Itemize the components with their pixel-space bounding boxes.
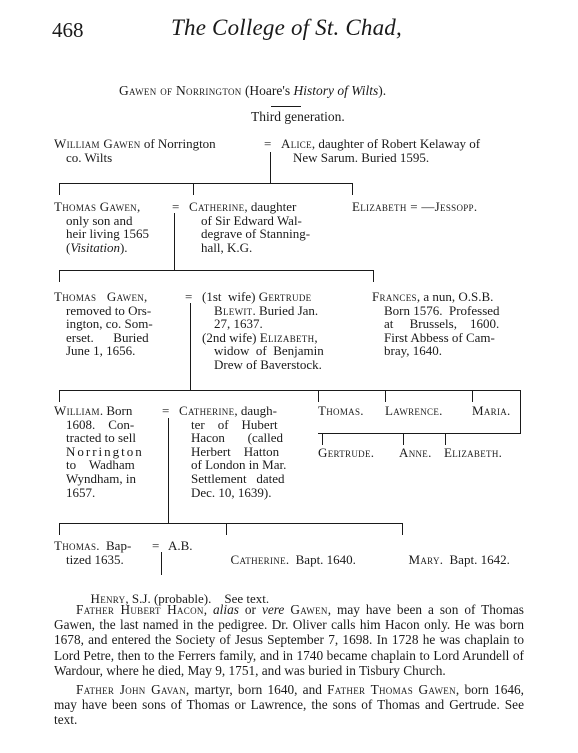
paragraph-hubert-hacon: Father Hubert Hacon, alias or vere Gawen… xyxy=(54,602,524,678)
gen1-husband-name: William Gawen xyxy=(54,136,141,151)
gen5-husband-desc: . Bap- xyxy=(96,538,131,553)
gen4-wife-line: of London in Mar. xyxy=(179,458,286,472)
gen3-husband-line: June 1, 1656. xyxy=(54,344,153,358)
source-work: History of Wilts xyxy=(293,83,378,98)
gen2-sibling: Elizabeth = —Jessopp. xyxy=(352,200,477,214)
gen2-tick-thomas xyxy=(59,183,60,195)
gen4-sibling-elizabeth: Elizabeth. xyxy=(444,446,502,460)
running-title: The College of St. Chad, xyxy=(171,15,402,41)
gen4-sibling-lawrence: Lawrence. xyxy=(385,404,443,418)
gen3-wife1-date: 27, 1637. xyxy=(202,317,324,331)
body-text: Father Hubert Hacon, alias or vere Gawen… xyxy=(54,602,524,728)
gen1-wife-name: Alice xyxy=(281,136,312,151)
gen3-wife2-line: Drew of Baverstock. xyxy=(202,358,324,372)
gen5-husband-baptism: tized 1635. xyxy=(54,553,131,567)
gen4-husband-desc: . Born xyxy=(100,403,133,418)
gen2-sibling-bar xyxy=(59,183,313,184)
name-hubert-hacon: Father Hubert Hacon xyxy=(76,602,204,617)
gen4-sibling-thomas: Thomas. xyxy=(318,404,364,418)
gen4-husband-line: to Wadham xyxy=(54,458,144,472)
gen4-tick-anne xyxy=(403,433,404,445)
gen5-sibling-catherine: Catherine. Bapt. 1640. xyxy=(224,539,356,567)
gen3-husband-line: ington, co. Som- xyxy=(54,317,153,331)
gen4-lower-sibling-bar xyxy=(318,433,520,434)
family-name: Gawen of Norrington xyxy=(119,83,242,98)
gen2-husband-line: heir living 1565 xyxy=(54,227,149,241)
gen5-tick-catherine xyxy=(226,523,227,535)
gen4-wife: Catherine, daugh- ter of Hubert Hacon (c… xyxy=(179,404,286,499)
gen4-husband-line: tracted to sell xyxy=(54,431,144,445)
vere-word: vere xyxy=(262,602,284,617)
gen4-sibling-anne: Anne. xyxy=(399,446,432,460)
gen3-wives: (1st wife) Gertrude Blewit. Buried Jan. … xyxy=(202,290,324,372)
gen3-sibling-line: at Brussels, 1600. xyxy=(372,317,500,331)
gen5-sibling2-name: Mary xyxy=(409,552,440,567)
gen4-tick-thomas xyxy=(318,390,319,402)
name-gawen: Gawen xyxy=(290,602,327,617)
gen3-marriage-sign: = xyxy=(185,290,192,304)
gen5-sibling1-note: . Bapt. 1640. xyxy=(286,552,356,567)
gen3-wife2-line: widow of Benjamin xyxy=(202,344,324,358)
gen1-husband-desc: of Norrington xyxy=(141,136,216,151)
gen4-husband-line: Wyndham, in xyxy=(54,472,144,486)
name-thomas-gawen: Father Thomas Gawen xyxy=(327,682,456,697)
alias-word: alias xyxy=(213,602,239,617)
gen5-sibling1-name: Catherine xyxy=(231,552,286,567)
gen4-wife-line: Dec. 10, 1639). xyxy=(179,486,286,500)
gen4-wife-line: Herbert Hatton xyxy=(179,445,286,459)
gen4-wife-line: Hacon (called xyxy=(179,431,286,445)
gen5-descent-line xyxy=(161,552,162,575)
or-word: or xyxy=(239,602,262,617)
gen4-husband-line: Norrington xyxy=(54,445,144,459)
gen5-tick-mary xyxy=(402,523,403,535)
gen5-sibling-mary: Mary. Bapt. 1642. xyxy=(402,539,510,567)
gen1-wife-desc: , daughter of Robert Kelaway of xyxy=(312,136,480,151)
gen3-sibling-line: First Abbess of Cam- xyxy=(372,331,500,345)
gen4-tick-lawrence xyxy=(385,390,386,402)
gen4-marriage-sign: = xyxy=(162,404,169,418)
gen5-husband: Thomas. Bap- tized 1635. xyxy=(54,539,131,566)
generation-label: Third generation. xyxy=(251,110,345,124)
gen2-descent-line xyxy=(174,213,175,270)
paragraph2-mid: , martyr, born 1640, and xyxy=(186,682,327,697)
gen2-husband-visitation: (Visitation). xyxy=(54,241,149,255)
gen3-descent-line xyxy=(190,303,191,391)
gen5-sibling-bar xyxy=(59,523,402,524)
gen3-husband-line: erset. Buried xyxy=(54,331,153,345)
gen4-wife-desc: , daugh- xyxy=(234,403,277,418)
gen2-wife: Catherine, daughter of Sir Edward Wal- d… xyxy=(189,200,310,254)
gen3-sibling-line: Born 1576. Professed xyxy=(372,304,500,318)
pedigree-title: Gawen of Norrington (Hoare's History of … xyxy=(119,84,386,98)
source-author: (Hoare's xyxy=(245,83,294,98)
gen2-husband: Thomas Gawen, only son and heir living 1… xyxy=(54,200,149,254)
visitation-ref: Visitation xyxy=(70,240,120,255)
gen2-wife-line: hall, K.G. xyxy=(189,241,310,255)
gen2-husband-line: only son and xyxy=(54,214,149,228)
paragraph-john-gavan: Father John Gavan, martyr, born 1640, an… xyxy=(54,682,524,728)
gen3-husband-line: removed to Ors- xyxy=(54,304,153,318)
gen2-wife-line: degrave of Stanning- xyxy=(189,227,310,241)
gen1-husband-county: co. Wilts xyxy=(54,151,216,165)
gen2-husband-name: Thomas Gawen, xyxy=(54,200,149,214)
page-number: 468 xyxy=(52,18,84,43)
gen2-marriage-sign: = xyxy=(172,200,179,214)
gen3-tick-frances xyxy=(373,270,374,282)
gen3-sibling-bar xyxy=(59,270,373,271)
source-suffix: ). xyxy=(378,83,386,98)
gen3-husband: Thomas Gawen, removed to Ors- ington, co… xyxy=(54,290,153,358)
gen4-husband-line: 1608. Con- xyxy=(54,418,144,432)
gen5-marriage-sign: = xyxy=(152,539,159,553)
gen2-wife-desc: , daughter xyxy=(244,199,296,214)
gen1-descent-line xyxy=(270,152,271,183)
gen4-descent-line xyxy=(168,418,169,523)
gen2-tick-elizabeth xyxy=(352,183,353,195)
gen4-sibling-maria: Maria. xyxy=(472,404,511,418)
gen4-tick-maria xyxy=(472,390,473,402)
gen2-tick-catherine xyxy=(193,183,194,195)
gen4-tick-elizabeth xyxy=(445,433,446,445)
gen3-sibling-line: bray, 1640. xyxy=(372,344,500,358)
gen2-sibling-bar-ext xyxy=(313,183,353,184)
gen1-husband: William Gawen of Norrington co. Wilts xyxy=(54,137,216,164)
gen4-wife-line: ter of Hubert xyxy=(179,418,286,432)
gen4-wife-name: Catherine xyxy=(179,403,234,418)
name-john-gavan: Father John Gavan xyxy=(76,682,186,697)
gen4-husband-line: 1657. xyxy=(54,486,144,500)
gen4-husband: William. Born 1608. Con- tracted to sell… xyxy=(54,404,144,499)
gen3-sibling: Frances, a nun, O.S.B. Born 1576. Profes… xyxy=(372,290,500,358)
title-rule xyxy=(271,106,301,107)
gen3-sibling-name: Frances xyxy=(372,289,417,304)
gen5-sibling2-note: . Bapt. 1642. xyxy=(440,552,510,567)
gen2-sibling-name: Elizabeth xyxy=(352,199,407,214)
gen4-tick-william xyxy=(59,390,60,402)
gen4-sibling-gertrude: Gertrude. xyxy=(318,446,374,460)
gen3-sibling-desc: , a nun, O.S.B. xyxy=(417,289,494,304)
gen2-sibling-spouse: = —Jessopp. xyxy=(407,199,478,214)
gen2-wife-name: Catherine xyxy=(189,199,244,214)
gen5-tick-thomas xyxy=(59,523,60,535)
gen2-wife-line: of Sir Edward Wal- xyxy=(189,214,310,228)
gen5-wife: A.B. xyxy=(168,539,193,553)
gen5-husband-name: Thomas xyxy=(54,538,96,553)
gen3-tick-thomas xyxy=(59,270,60,282)
gen4-wife-line: Settlement dated xyxy=(179,472,286,486)
gen4-tick-gertrude xyxy=(322,433,323,445)
gen1-wife: Alice, daughter of Robert Kelaway of New… xyxy=(281,137,480,164)
gen4-husband-name: William xyxy=(54,403,100,418)
gen3-husband-name: Thomas Gawen, xyxy=(54,290,153,304)
gen4-sibling-bar xyxy=(59,390,520,391)
gen4-bracket-right xyxy=(520,390,521,434)
gen1-wife-burial: New Sarum. Buried 1595. xyxy=(281,151,480,165)
gen1-marriage-sign: = xyxy=(264,137,271,151)
